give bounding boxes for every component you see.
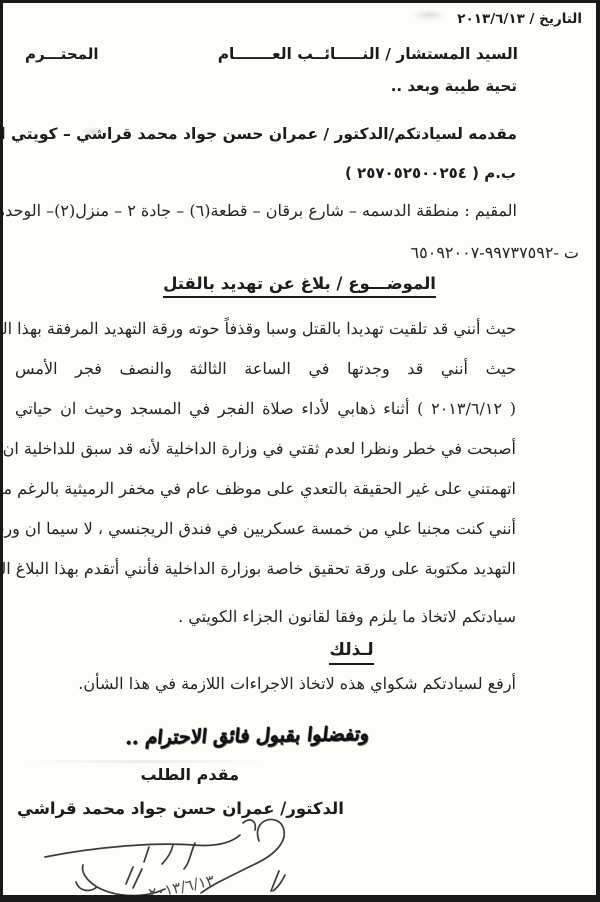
letter-date: التاريخ / ٢٠١٣/٦/١٣ xyxy=(457,11,582,27)
residence-address-line: المقيم : منطقة الدسمه – شارع برقان – قطع… xyxy=(18,201,517,220)
scan-smudge xyxy=(80,127,106,137)
applicant-label: مقدم الطلب xyxy=(140,765,239,784)
body-line: التهديد مكتوبة على ورقة تحقيق خاصة بوزار… xyxy=(15,549,516,589)
honorific-label: المحتـــرم xyxy=(25,45,98,63)
subject-line: الموضـــوع / بلاغ عن تهديد بالقتل xyxy=(3,274,596,293)
civil-id-line: ب.م ( ٢٥٧٠٥٢٥٠٠٢٥٤ ) xyxy=(345,164,516,182)
greeting-line: تحية طيبة وبعد .. xyxy=(391,77,517,95)
handwritten-signature-date: ٢٠١٣/٦/١٣ xyxy=(147,871,216,901)
addressee-row: السيد المستشار / النـــــائــب العــــــ… xyxy=(25,45,518,63)
scan-streak xyxy=(23,760,266,763)
body-line: أنني كنت مجنيا علي من خمسة عسكريين في فن… xyxy=(15,509,516,549)
body-line: اتهمتني على غير الحقيقة بالتعدي على موظف… xyxy=(15,469,516,509)
phone-numbers-line: ت -٩٩٧٣٧٥٩٢-٦٥٠٩٢٠٠٧ xyxy=(411,243,579,262)
request-line: أرفع لسيادتكم شكواي هذه لاتخاذ الاجراءات… xyxy=(78,674,516,693)
scan-smudge xyxy=(412,9,446,21)
body-line: أصبحت في خطر ونظرا لعدم ثقتي في وزارة ال… xyxy=(15,429,516,469)
scanned-letter-page: التاريخ / ٢٠١٣/٦/١٣ السيد المستشار / الن… xyxy=(0,0,600,902)
complaint-body: حيث أنني قد تلقيت تهديدا بالقتل وسبا وقذ… xyxy=(15,309,516,637)
body-line: حيث أنني قد وجدتها في الساعة الثالثة وال… xyxy=(15,349,516,389)
body-line: سيادتكم لاتخاذ ما يلزم وفقا لقانون الجزا… xyxy=(15,597,516,637)
signature-scribble: ٢٠١٣/٦/١٣ xyxy=(37,811,363,901)
body-line: حيث أنني قد تلقيت تهديدا بالقتل وسبا وقذ… xyxy=(15,309,516,349)
subject-underlined-text: الموضـــوع / بلاغ عن تهديد بالقتل xyxy=(163,274,436,298)
closing-calligraphy: وتفضلوا بقبول فائق الاحترام .. xyxy=(1,721,493,752)
body-line: ( ٢٠١٣/٦/١٢ ) أثناء ذهابي لأداء صلاة الف… xyxy=(15,389,516,429)
addressee-title: السيد المستشار / النـــــائــب العــــــ… xyxy=(218,45,518,63)
therefore-underlined-text: لـذلك xyxy=(329,640,373,665)
therefore-heading: لـذلك xyxy=(107,640,596,660)
